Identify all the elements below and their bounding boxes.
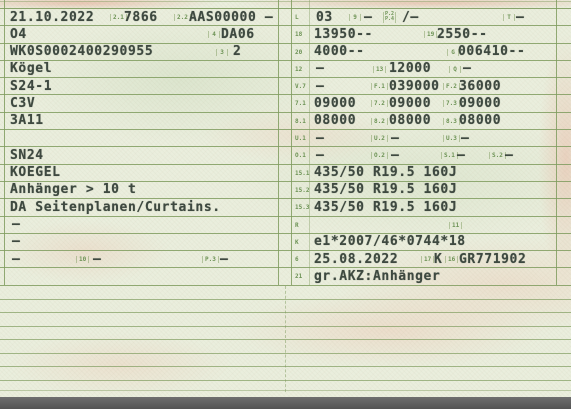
grid-row: C3V 7.1 09000 7.2 09000 7.3 09000 xyxy=(0,95,571,112)
permitted-gross-mass-kg: 36000 xyxy=(459,80,501,94)
field-code-L: L xyxy=(295,14,299,21)
field-code-V7: V.7 xyxy=(295,83,306,90)
field-code-U2: U.2 xyxy=(371,135,388,142)
approval-mark: K xyxy=(434,253,442,267)
field-code-P3: P.3 xyxy=(202,256,219,263)
field-code-K: K xyxy=(295,239,299,246)
technical-gross-mass-kg: 039000 xyxy=(389,80,440,94)
document-number: GR771902 xyxy=(459,253,526,267)
field-code-15-1: 15.1 xyxy=(295,170,309,177)
border-stub xyxy=(278,0,279,8)
top-edge-line xyxy=(0,1,571,2)
field-code-8-3: 8.3 xyxy=(443,118,460,125)
field-code-4: 4 xyxy=(208,31,220,38)
grid-row: KOEGEL 15.1 435/50 R19.5 160J xyxy=(0,165,571,182)
column-divider-left xyxy=(278,8,279,285)
field-code-12: 12 xyxy=(295,66,302,73)
field-code-T: T xyxy=(503,14,515,21)
grid-row: 21 gr.AKZ:Anhänger xyxy=(0,268,571,285)
grid-row: O4 4 DA06 18 13950-- 19 2550-- xyxy=(0,26,571,43)
grid-row: DA Seitenplanen/Curtains. 15.3 435/50 R1… xyxy=(0,199,571,216)
border-stub xyxy=(4,0,5,8)
field-code-9: 9 xyxy=(349,14,361,21)
field-code-17: 17 xyxy=(421,256,434,263)
field-code-F1: F.1 xyxy=(371,83,388,90)
field-code-7-3: 7.3 xyxy=(443,100,460,107)
field-code-21: 21 xyxy=(295,273,302,280)
grid-row: Kögel 12 – 13 12000 Q – xyxy=(0,61,571,78)
field-code-R: R xyxy=(295,222,299,229)
unladen-mass-kg: 006410-- xyxy=(458,45,525,59)
field-code-11: 11 xyxy=(449,222,462,229)
grid-row: S24-1 V.7 – F.1 039000 F.2 36000 xyxy=(0,78,571,95)
field-code-O2: O.2 xyxy=(371,152,388,159)
grid-row: WK0S0002400290955 3 2 20 4000-- G 006410… xyxy=(0,44,571,61)
scan-edge-band xyxy=(0,397,571,409)
tires-axle-3: 435/50 R19.5 160J xyxy=(314,201,457,215)
field-code-p2-p4: P.2P.4 xyxy=(383,12,396,23)
permitted-axle-load-2-kg: 08000 xyxy=(389,114,431,128)
data-grid: 21.10.2022 2.1 7866 2.2 AAS00000 – L 03 … xyxy=(0,8,571,286)
field-code-S2: S.2 xyxy=(489,152,506,159)
field-code-p4: P.4 xyxy=(385,17,394,23)
driveby-noise-value: – xyxy=(461,132,469,146)
border-stub xyxy=(556,0,557,8)
power-weight-ratio-value: – xyxy=(463,62,471,76)
co2-value: – xyxy=(316,80,324,94)
trade-name: SN24 xyxy=(10,149,44,163)
field-code-F2: F.2 xyxy=(443,83,460,90)
axle-load-3-kg: 09000 xyxy=(459,97,501,111)
number-of-axles: 03 xyxy=(316,11,333,25)
body-type-code: DA06 xyxy=(221,28,255,42)
braked-trailer-load-value: – xyxy=(316,149,324,163)
field-code-13: 13 xyxy=(373,66,386,73)
field-code-18: 18 xyxy=(295,31,302,38)
field-code-20: 20 xyxy=(295,49,302,56)
max-speed-value: – xyxy=(516,11,524,25)
driven-axles-value: – xyxy=(364,11,372,25)
grid-row: – 10 – P.3 – 6 25.08.2022 17 K 16 GR7719… xyxy=(0,251,571,268)
noise-rpm-value: – xyxy=(391,132,399,146)
field-code-10: 10 xyxy=(76,256,89,263)
vehicle-registration-document-scan: 21.10.2022 2.1 7866 2.2 AAS00000 – L 03 … xyxy=(0,0,571,409)
standing-places-value: – xyxy=(505,149,513,163)
field-code-Q: Q xyxy=(449,66,461,73)
left-column-border xyxy=(4,8,5,285)
seat-count-value: – xyxy=(457,149,465,163)
field-code-15-2: 15.2 xyxy=(295,187,309,194)
vehicle-class: O4 xyxy=(10,28,27,42)
power-rpm-value: /– xyxy=(402,11,419,25)
column-divider-right xyxy=(291,8,292,285)
type-variant-version-code: AAS00000 – xyxy=(189,11,273,25)
field-code-7-1: 7.1 xyxy=(295,100,306,107)
permitted-axle-load-3-kg: 08000 xyxy=(459,114,501,128)
field-code-6: 6 xyxy=(295,256,299,263)
body-description: DA Seitenplanen/Curtains. xyxy=(10,201,221,215)
permitted-axle-load-1-kg: 08000 xyxy=(314,114,356,128)
height-mm: 4000-- xyxy=(314,45,365,59)
vehicle-class-description: Anhänger > 10 t xyxy=(10,183,136,197)
field-code-19: 19 xyxy=(424,31,437,38)
type-designation: S24-1 xyxy=(10,80,52,94)
version-designation: 3A11 xyxy=(10,114,44,128)
tires-axle-2: 435/50 R19.5 160J xyxy=(314,183,457,197)
axle-load-2-kg: 09000 xyxy=(389,97,431,111)
dash-field: – xyxy=(12,235,20,249)
manufacturer-code: 7866 xyxy=(124,11,158,25)
grid-row: Anhänger > 10 t 15.2 435/50 R19.5 160J xyxy=(0,182,571,199)
field-code-8-2: 8.2 xyxy=(371,118,388,125)
border-stub xyxy=(291,0,292,8)
tires-axle-1: 435/50 R19.5 160J xyxy=(314,166,457,180)
variant-designation: C3V xyxy=(10,97,35,111)
field-code-8-1: 8.1 xyxy=(295,118,306,125)
type-approval-date: 25.08.2022 xyxy=(314,253,398,267)
fuel-type-value: – xyxy=(220,253,228,267)
width-mm: 2550-- xyxy=(437,28,488,42)
manufacturer-short-name: KOEGEL xyxy=(10,166,61,180)
field-code-3: 3 xyxy=(216,49,228,56)
grid-row: – R 11 xyxy=(0,217,571,234)
vin-check-digit: 2 xyxy=(233,45,241,59)
grid-row: SN24 O.1 – O.2 – S.1 – S.2 – xyxy=(0,147,571,164)
length-mm: 13950-- xyxy=(314,28,373,42)
field-code-15-3: 15.3 xyxy=(295,204,309,211)
field-code-7-2: 7.2 xyxy=(371,100,388,107)
grid-row: U.1 – U.2 – U.3 – xyxy=(0,130,571,147)
vin: WK0S0002400290955 xyxy=(10,45,153,59)
axle-load-1-kg: 09000 xyxy=(314,97,356,111)
field-code-U1: U.1 xyxy=(295,135,306,142)
tank-volume-value: – xyxy=(316,62,324,76)
displacement-value: – xyxy=(12,253,20,267)
field-code-O1: O.1 xyxy=(295,152,306,159)
support-load-kg: 12000 xyxy=(389,62,431,76)
first-registration-date: 21.10.2022 xyxy=(10,11,94,25)
grid-row: – K e1*2007/46*0744*18 xyxy=(0,234,571,251)
type-approval-number: e1*2007/46*0744*18 xyxy=(314,235,466,249)
right-column-border xyxy=(556,8,557,285)
unbraked-trailer-load-value: – xyxy=(391,149,399,163)
field-code-U3: U.3 xyxy=(443,135,460,142)
other-remarks: gr.AKZ:Anhänger xyxy=(314,270,440,284)
field-code-S1: S.1 xyxy=(441,152,458,159)
grid-row: 21.10.2022 2.1 7866 2.2 AAS00000 – L 03 … xyxy=(0,9,571,26)
fuel-code-value: – xyxy=(93,253,101,267)
grid-row: 3A11 8.1 08000 8.2 08000 8.3 08000 xyxy=(0,113,571,130)
dash-field: – xyxy=(12,218,20,232)
stationary-noise-value: – xyxy=(316,132,324,146)
border-stub xyxy=(309,0,310,8)
make: Kögel xyxy=(10,62,52,76)
field-code-16: 16 xyxy=(445,256,458,263)
center-dashed-line xyxy=(285,286,286,392)
label-strip-separator xyxy=(309,8,310,285)
